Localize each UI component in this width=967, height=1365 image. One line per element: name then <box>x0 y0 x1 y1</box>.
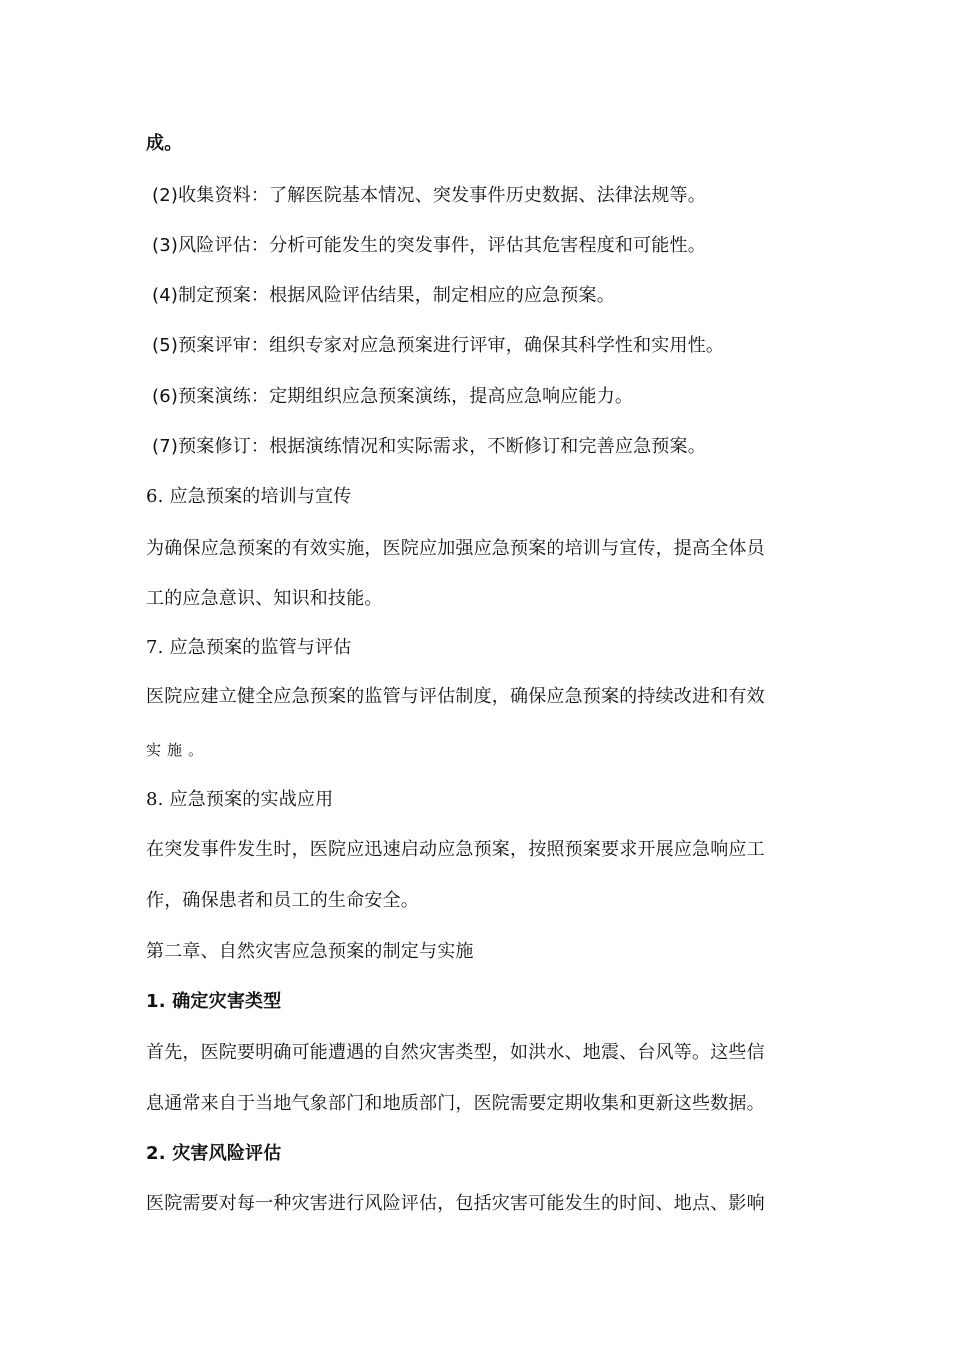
paragraph-disaster-types-line-2: 息通常来自于当地气象部门和地质部门，医院需要定期收集和更新这些数据。 <box>146 1092 765 1116</box>
paragraph-risk-assessment-line-1: 医院需要对每一种灾害进行风险评估，包括灾害可能发生的时间、地点、影响 <box>146 1192 765 1216</box>
paragraph-supervision-line-2: 实施。 <box>146 738 209 762</box>
subsection-heading-disaster-types: 1. 确定灾害类型 <box>146 990 281 1014</box>
document-page: 成。 (2)收集资料：了解医院基本情况、突发事件历史数据、法律法规等。 (3)风… <box>0 0 967 1365</box>
list-item-plan-revision: (7)预案修订：根据演练情况和实际需求，不断修订和完善应急预案。 <box>152 435 706 459</box>
list-item-plan-drill: (6)预案演练：定期组织应急预案演练，提高应急响应能力。 <box>152 385 633 409</box>
section-heading-training: 6. 应急预案的培训与宣传 <box>146 485 352 509</box>
paragraph-application-line-1: 在突发事件发生时，医院应迅速启动应急预案，按照预案要求开展应急响应工 <box>146 838 765 862</box>
list-item-plan-review: (5)预案评审：组织专家对应急预案进行评审，确保其科学性和实用性。 <box>152 334 724 358</box>
list-item-collect-data: (2)收集资料：了解医院基本情况、突发事件历史数据、法律法规等。 <box>152 184 706 208</box>
paragraph-application-line-2: 作，确保患者和员工的生命安全。 <box>146 889 419 913</box>
paragraph-training-line-1: 为确保应急预案的有效实施，医院应加强应急预案的培训与宣传，提高全体员 <box>146 537 765 561</box>
paragraph-supervision-line-1: 医院应建立健全应急预案的监管与评估制度，确保应急预案的持续改进和有效 <box>146 685 765 709</box>
paragraph-training-line-2: 工的应急意识、知识和技能。 <box>146 587 383 611</box>
section-heading-application: 8. 应急预案的实战应用 <box>146 788 333 812</box>
subsection-heading-risk-assessment: 2. 灾害风险评估 <box>146 1142 281 1166</box>
section-heading-supervision: 7. 应急预案的监管与评估 <box>146 636 352 660</box>
paragraph-continuation: 成。 <box>146 132 182 156</box>
list-item-make-plan: (4)制定预案：根据风险评估结果，制定相应的应急预案。 <box>152 284 615 308</box>
chapter-heading: 第二章、自然灾害应急预案的制定与实施 <box>146 940 474 964</box>
paragraph-disaster-types-line-1: 首先，医院要明确可能遭遇的自然灾害类型，如洪水、地震、台风等。这些信 <box>146 1041 765 1065</box>
list-item-risk-assessment: (3)风险评估：分析可能发生的突发事件，评估其危害程度和可能性。 <box>152 234 706 258</box>
